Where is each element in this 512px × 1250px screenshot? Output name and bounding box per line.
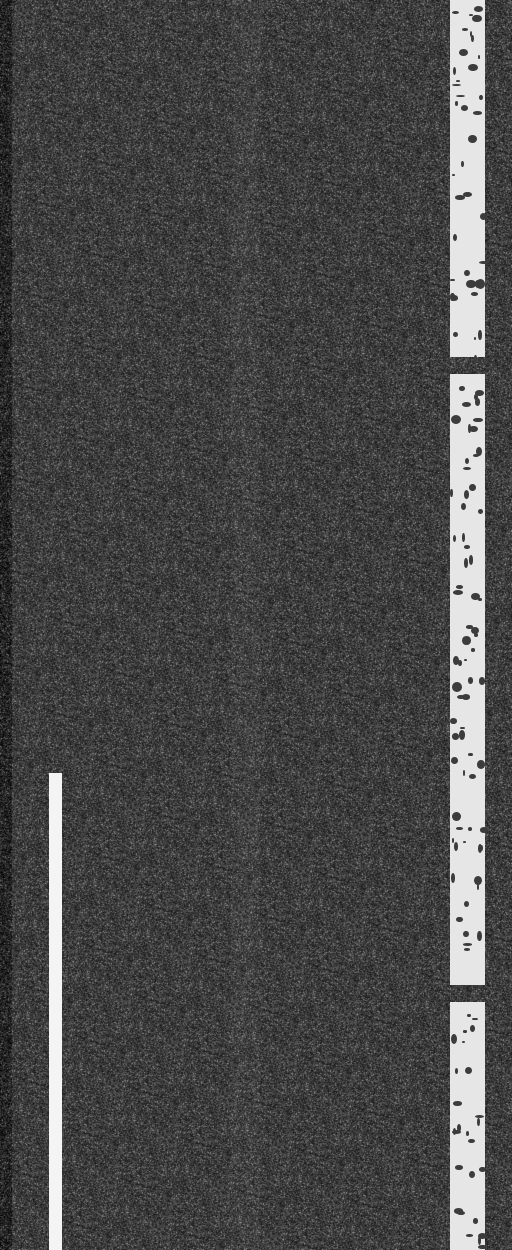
wear-spot	[468, 135, 477, 143]
wear-spot	[467, 1014, 471, 1018]
wear-spot	[451, 873, 455, 883]
wear-spot	[478, 1236, 481, 1245]
wear-spot	[464, 558, 468, 568]
wear-spot	[453, 332, 458, 337]
wear-spot	[453, 1101, 462, 1106]
wear-spot	[462, 533, 465, 541]
wear-spot	[461, 161, 464, 168]
wear-spot	[471, 292, 478, 296]
wear-spot	[459, 386, 466, 391]
wear-spot	[468, 753, 472, 756]
wear-spot	[457, 695, 465, 699]
wear-spot	[456, 917, 463, 923]
wear-spot	[450, 293, 454, 301]
wear-spot	[477, 1118, 480, 1127]
wear-spot	[463, 1030, 468, 1033]
wear-spot	[450, 279, 455, 282]
wear-spot	[469, 1171, 475, 1178]
wear-spot	[463, 192, 472, 197]
wear-spot	[471, 648, 475, 651]
wear-spot	[477, 884, 479, 890]
wear-spot	[453, 67, 456, 75]
wear-spot	[462, 402, 471, 407]
wear-spot	[465, 1067, 472, 1074]
wear-spot	[451, 415, 461, 424]
wear-spot	[469, 484, 476, 491]
wear-spot	[468, 1139, 475, 1144]
wear-spot	[464, 490, 469, 499]
wear-spot	[463, 770, 465, 776]
wear-spot	[468, 424, 470, 433]
dashed-lane-segment	[450, 1002, 485, 1250]
wear-spot	[460, 727, 464, 729]
wear-spot	[466, 1131, 469, 1137]
wear-spot	[459, 730, 465, 739]
wear-spot	[478, 509, 483, 514]
wear-spot	[452, 84, 461, 86]
wear-spot	[477, 760, 485, 769]
wear-spot	[462, 28, 469, 31]
wear-spot	[473, 418, 482, 423]
wear-spot	[464, 659, 467, 661]
wear-spot	[453, 1128, 457, 1135]
asphalt-texture	[0, 0, 512, 1250]
wear-spot	[474, 355, 476, 364]
wear-spot	[462, 636, 470, 645]
wear-spot	[479, 95, 483, 101]
wear-spot	[454, 842, 458, 851]
wear-spot	[450, 718, 457, 723]
road-scene	[0, 0, 512, 1250]
wear-spot	[478, 330, 481, 339]
wear-spot	[468, 677, 474, 684]
wear-spot	[476, 447, 482, 456]
wear-spot	[463, 841, 466, 843]
wear-spot	[453, 234, 457, 241]
wear-spot	[455, 1068, 459, 1075]
wear-spot	[473, 111, 482, 115]
wear-spot	[475, 390, 484, 396]
wear-spot	[458, 660, 462, 665]
wear-spot	[456, 585, 463, 589]
wear-spot	[470, 1025, 475, 1032]
wear-spot	[463, 931, 469, 938]
wear-spot	[480, 827, 489, 833]
wear-spot	[457, 1124, 461, 1132]
wear-spot	[453, 590, 463, 595]
wear-spot	[455, 101, 458, 106]
wear-spot	[456, 95, 466, 97]
dashed-lane-segment	[450, 0, 485, 357]
dashed-lane-segment	[450, 374, 485, 985]
wear-spot	[457, 1211, 464, 1215]
wear-spot	[473, 1218, 479, 1224]
wear-spot	[469, 774, 476, 779]
solid-edge-line	[49, 773, 62, 1250]
wear-spot	[477, 931, 481, 941]
wear-spot	[452, 682, 462, 692]
wear-spot	[452, 174, 455, 177]
wear-spot	[461, 105, 468, 111]
wear-spot	[479, 677, 486, 684]
wear-spot	[464, 545, 470, 549]
wear-spot	[464, 901, 469, 907]
wear-spot	[450, 489, 452, 497]
wear-spot	[463, 943, 472, 946]
wear-spot	[453, 535, 456, 542]
wear-spot	[463, 467, 471, 470]
wear-spot	[452, 11, 459, 14]
wear-spot	[451, 757, 458, 764]
wear-spot	[461, 503, 466, 510]
wear-spot	[465, 458, 469, 464]
wear-spot	[455, 1165, 463, 1170]
wear-spot	[468, 64, 478, 71]
wear-spot	[474, 337, 476, 340]
wear-spot	[464, 948, 470, 950]
wear-spot	[452, 812, 461, 821]
wear-spot	[479, 1167, 485, 1172]
wear-spot	[452, 733, 460, 740]
wear-spot	[464, 270, 470, 276]
wear-spot	[456, 827, 462, 830]
wear-spot	[466, 1234, 473, 1237]
wear-spot	[466, 280, 476, 289]
wear-spot	[474, 6, 483, 12]
wear-spot	[469, 555, 473, 564]
wear-spot	[456, 80, 461, 82]
wear-spot	[471, 593, 479, 600]
wear-spot	[478, 55, 480, 59]
wear-spot	[475, 1115, 484, 1118]
wear-spot	[459, 49, 468, 56]
wear-spot	[462, 1041, 465, 1043]
wear-spot	[468, 827, 473, 831]
wear-spot	[466, 625, 472, 628]
wear-spot	[478, 844, 482, 853]
wear-spot	[472, 1018, 477, 1021]
wear-spot	[479, 261, 489, 264]
wear-spot	[451, 1034, 457, 1044]
